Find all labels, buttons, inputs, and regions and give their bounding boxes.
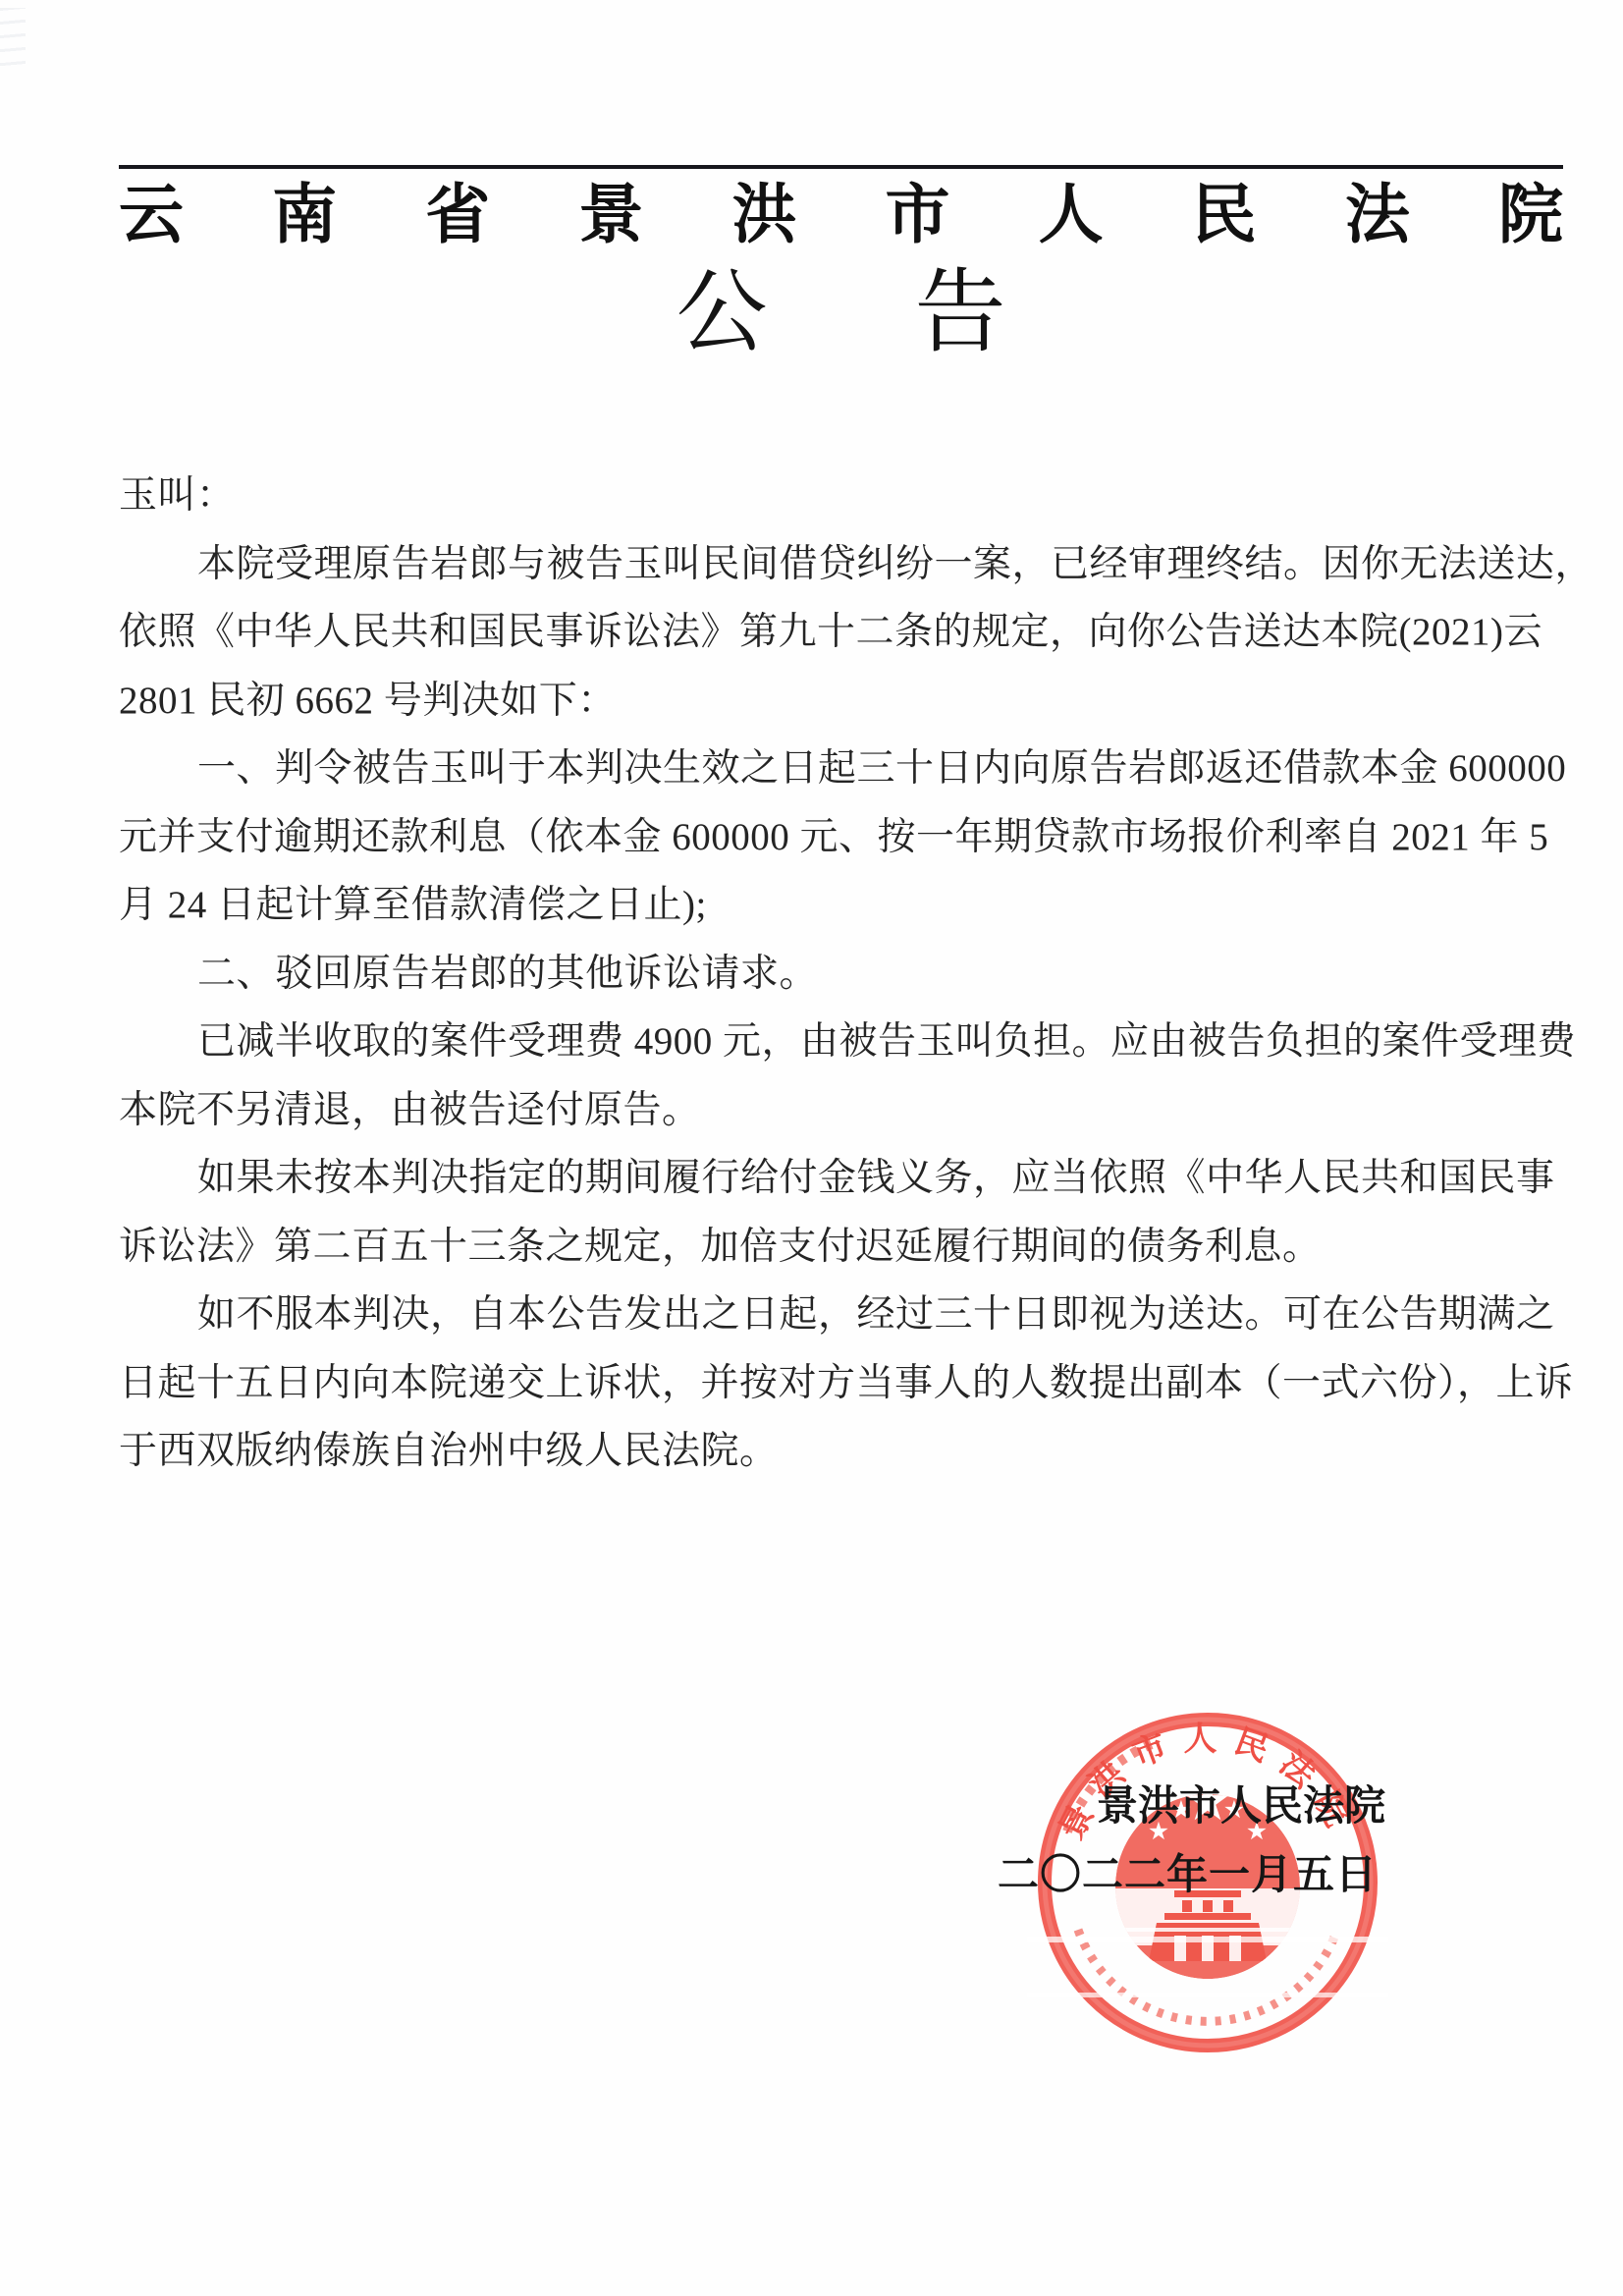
- body-line: 一、判令被告玉叫于本判决生效之日起三十日内向原告岩郎返还借款本金 600000: [119, 735, 1567, 803]
- notice-title-char: 告: [915, 265, 1006, 363]
- body-line: 日起十五日内向本院递交上诉状，并按对方当事人的人数提出副本（一式六份），上诉: [119, 1349, 1567, 1418]
- emblem-band-line: [1115, 1928, 1300, 1932]
- document-page: 云 南 省 景 洪 市 人 民 法 院 公 告 玉叫： 本院受理原告岩郎与被告玉…: [0, 0, 1623, 2296]
- court-title-char: 洪: [731, 181, 796, 251]
- header-rule: [119, 165, 1563, 169]
- body-line: 玉叫：: [119, 462, 1567, 530]
- court-title-char: 市: [886, 181, 950, 251]
- signature-date: 二〇二二年一月五日: [998, 1855, 1378, 1896]
- court-title-char: 省: [425, 181, 490, 251]
- body-line: 依照《中华人民共和国民事诉讼法》第九十二条的规定，向你公告送达本院(2021)云: [119, 598, 1567, 667]
- notice-body: 玉叫： 本院受理原告岩郎与被告玉叫民间借贷纠纷一案，已经审理终结。因你无法送达，…: [119, 462, 1567, 1486]
- body-line: 本院受理原告岩郎与被告玉叫民间借贷纠纷一案，已经审理终结。因你无法送达，: [119, 530, 1567, 599]
- body-line: 元并支付逾期还款利息（依本金 600000 元、按一年期贷款市场报价利率自 20…: [119, 803, 1567, 872]
- body-line: 本院不另清退，由被告迳付原告。: [119, 1076, 1567, 1145]
- notice-title-char: 公: [676, 265, 768, 363]
- scan-streak: [1027, 1937, 1388, 1942]
- scan-artifact: [0, 8, 26, 67]
- body-line: 已减半收取的案件受理费 4900 元，由被告玉叫负担。应由被告负担的案件受理费: [119, 1008, 1567, 1076]
- body-line: 如果未按本判决指定的期间履行给付金钱义务，应当依照《中华人民共和国民事: [119, 1144, 1567, 1213]
- body-line: 2801 民初 6662 号判决如下：: [119, 667, 1567, 736]
- body-line: 诉讼法》第二百五十三条之规定，加倍支付迟延履行期间的债务利息。: [119, 1213, 1567, 1282]
- signature-court-name: 景洪市人民法院: [1097, 1786, 1385, 1828]
- notice-title: 公 告: [119, 265, 1563, 363]
- court-title-char: 人: [1039, 181, 1104, 251]
- court-title-char: 云: [119, 181, 184, 251]
- court-title-char: 法: [1345, 181, 1410, 251]
- court-title-char: 景: [578, 181, 643, 251]
- body-line: 于西双版纳傣族自治州中级人民法院。: [119, 1417, 1567, 1486]
- court-title-char: 南: [272, 181, 337, 251]
- body-line: 如不服本判决，自本公告发出之日起，经过三十日即视为送达。可在公告期满之: [119, 1281, 1567, 1349]
- court-title: 云 南 省 景 洪 市 人 民 法 院: [119, 181, 1563, 251]
- body-line: 二、驳回原告岩郎的其他诉讼请求。: [119, 940, 1567, 1009]
- court-title-char: 院: [1498, 181, 1563, 251]
- court-title-char: 民: [1192, 181, 1257, 251]
- body-line: 月 24 日起计算至借款清偿之日止);: [119, 871, 1567, 940]
- scan-streak: [1027, 1993, 1388, 1997]
